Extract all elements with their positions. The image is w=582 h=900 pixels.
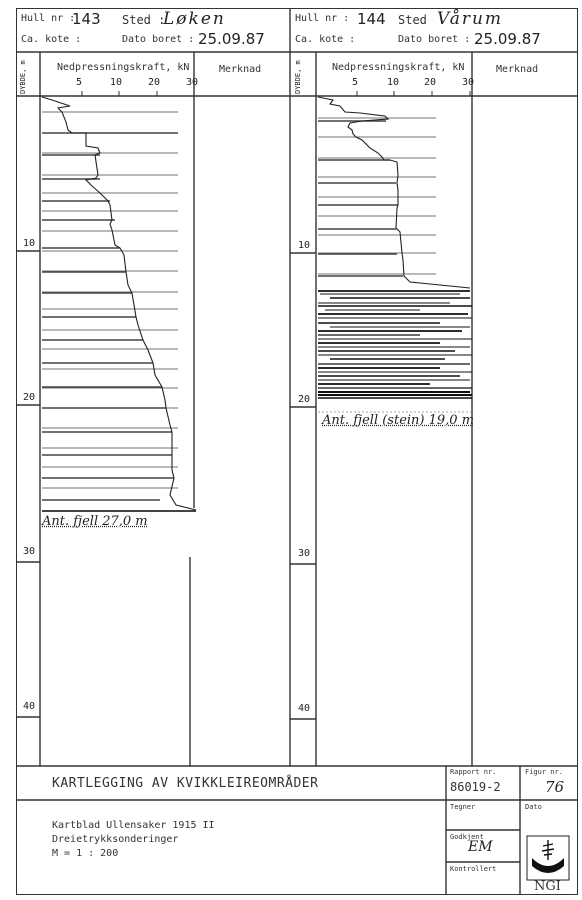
rod-lines-143 <box>42 112 196 511</box>
drawing-title: KARTLEGGING AV KVIKKLEIREOMRÅDER <box>52 776 318 791</box>
description-line-1: Kartblad Ullensaker 1915 II <box>52 820 215 831</box>
ngi-logo-text: NGI <box>534 879 561 894</box>
force-curve-144 <box>318 97 470 288</box>
log-grid <box>0 0 582 900</box>
ngi-logo-icon <box>527 836 569 880</box>
dato-label: Dato <box>525 803 542 811</box>
tegner-label: Tegner <box>450 803 475 811</box>
rapport-number: 86019-2 <box>450 780 501 794</box>
rod-lines-144 <box>318 118 436 276</box>
rapport-label: Rapport nr. <box>450 768 496 776</box>
description-line-2: Dreietrykksonderinger <box>52 834 178 845</box>
figur-number: 76 <box>545 778 564 796</box>
description-line-3: M = 1 : 200 <box>52 848 118 859</box>
hard-layer-144 <box>318 291 472 398</box>
kontrollert-label: Kontrollert <box>450 865 496 873</box>
godkjent-value: EM <box>468 839 493 855</box>
figur-label: Figur nr. <box>525 768 563 776</box>
